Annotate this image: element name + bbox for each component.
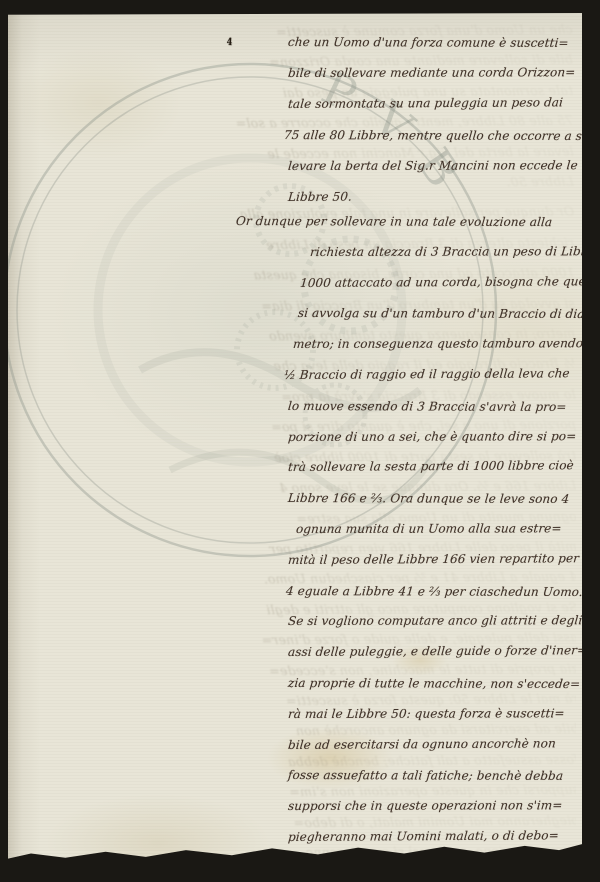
manuscript-line: Or dunque per sollevare in una tale evol…	[235, 206, 590, 238]
manuscript-page: PVB che un Uomo d'una forza comune è sus…	[8, 13, 582, 862]
paragraph-main: Or dunque per sollevare in una tale evol…	[288, 206, 588, 882]
manuscript-line: che un Uomo d'una forza comune è suscett…	[287, 27, 590, 59]
manuscript-line: metro; in conseguenza questo tamburo ave…	[292, 328, 590, 360]
manuscript-line: 4 eguale a Libbre 41 e ⅔ per ciaschedun …	[285, 576, 590, 608]
manuscript-line: zia proprie di tutte le macchine, non s'…	[287, 668, 590, 700]
manuscript-text: che un Uomo d'una forza comune è suscett…	[288, 27, 588, 882]
manuscript-line: rà mai le Libbre 50: questa forza è susc…	[287, 698, 590, 730]
manuscript-line: Se si vogliono computare anco gli attrit…	[287, 606, 590, 638]
manuscript-line: le complessione, ma bensì si sceglierann…	[287, 853, 590, 882]
manuscript-line: porzione di uno a sei, che è quanto dire…	[287, 421, 590, 453]
manuscript-line: Libbre 166 e ⅔. Ora dunque se le leve so…	[287, 483, 590, 515]
photograph-frame: { "colors": { "frame": "#1a1814", "paper…	[0, 0, 600, 882]
manuscript-line: richiesta altezza di 3 Braccia un peso d…	[309, 236, 590, 268]
manuscript-line: assi delle puleggie, e delle guide o for…	[287, 635, 590, 668]
manuscript-line: levare la berta del Sig.r Mancini non ec…	[287, 150, 590, 182]
manuscript-line: ognuna munita di un Uomo alla sua estre=	[295, 513, 590, 545]
page-number-mark: 4	[226, 37, 232, 48]
manuscript-line: ½ Braccio di raggio ed il raggio della l…	[283, 358, 590, 391]
manuscript-line: lo muove essendo di 3 Braccia s'avrà la …	[287, 391, 590, 423]
manuscript-line: mità il peso delle Libbre 166 vien repar…	[287, 543, 590, 576]
manuscript-line: 1000 attaccato ad una corda, bisogna che…	[299, 266, 590, 299]
manuscript-line: si avvolga su d'un tamburo d'un Braccio …	[297, 298, 590, 330]
manuscript-line: bile di sollevare mediante una corda Ori…	[287, 57, 590, 89]
paragraph-continuation: che un Uomo d'una forza comune è suscett…	[288, 27, 588, 213]
manuscript-line: tale sormontata su una puleggia un peso …	[287, 87, 590, 120]
manuscript-line: supporsi che in queste operazioni non s'…	[287, 790, 590, 822]
manuscript-line: trà sollevare la sesta parte di 1000 lib…	[287, 451, 590, 484]
manuscript-line: 75 alle 80 Libbre, mentre quello che occ…	[283, 120, 590, 152]
manuscript-line: piegheranno mai Uomini malati, o di debo…	[287, 820, 590, 853]
manuscript-line: bile ad esercitarsi da ognuno ancorchè n…	[287, 728, 590, 761]
manuscript-line: fosse assuefatto a tali fatiche; benchè …	[287, 760, 590, 792]
